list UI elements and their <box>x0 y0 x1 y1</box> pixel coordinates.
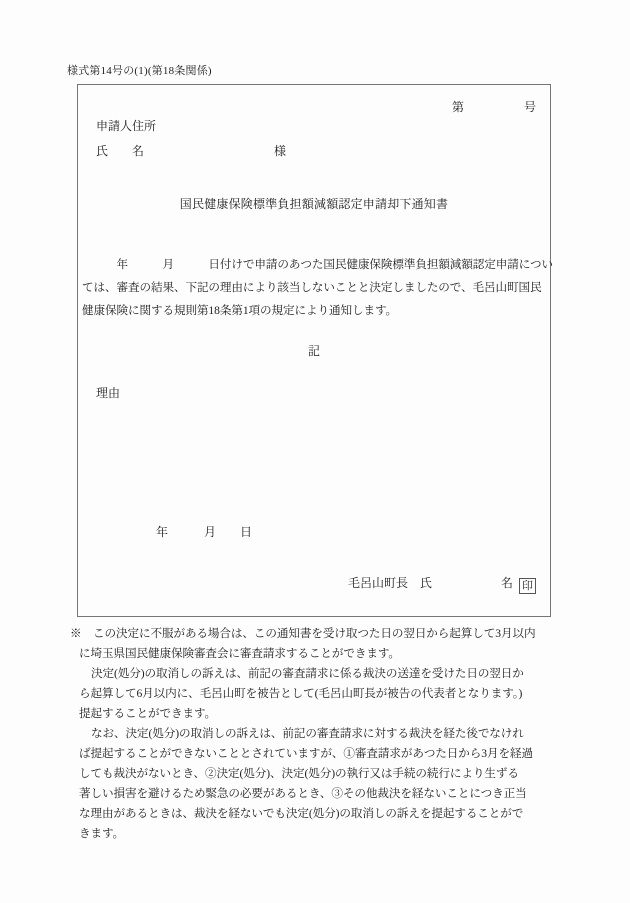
body-line: 年 月 日付けで申請のあつた国民健康保険標準負担額減額認定申請につい <box>82 253 550 276</box>
note-line: なお、決定(処分)の取消しの訴えは、前記の審査請求に対する裁決を経た後でなけれ <box>70 724 556 744</box>
notes-section: ※ この決定に不服がある場合は、この通知書を受け取つた日の翌日から起算して3月以… <box>70 624 556 844</box>
date-line: 年 月 日 <box>156 526 252 538</box>
honorific-label: 様 <box>274 145 286 157</box>
note-line: に埼玉県国民健康保険審査会に審査請求することができます。 <box>70 644 556 664</box>
form-number-label: 様式第14号の(1)(第18条関係) <box>67 66 212 77</box>
seal-stamp: 印 <box>519 578 536 594</box>
applicant-address-label: 申請人住所 <box>96 120 156 132</box>
reason-label: 理由 <box>96 387 120 399</box>
applicant-name-label: 氏 名 <box>96 145 144 157</box>
note-line: ら起算して6月以内に、毛呂山町を被告として(毛呂山町長が被告の代表者となります。… <box>70 684 556 704</box>
body-paragraph: 年 月 日付けで申請のあつた国民健康保険標準負担額減額認定申請につい ては、審査… <box>82 253 550 322</box>
note-line: 決定(処分)の取消しの訴えは、前記の審査請求に係る裁決の送達を受けた日の翌日か <box>70 664 556 684</box>
document-page: 様式第14号の(1)(第18条関係) 第 号 申請人住所 氏 名 様 国民健康保… <box>0 0 630 903</box>
note-line: 提起することができます。 <box>70 704 556 724</box>
mayor-title-and-surname-label: 毛呂山町長 氏 <box>348 576 432 590</box>
note-line: ば提起することができないこととされていますが、①審査請求があつた日から3月を経過 <box>70 744 556 764</box>
body-line: ては、審査の結果、下記の理由により該当しないことと決定しましたので、毛呂山町国民 <box>82 276 550 299</box>
signer-line: 毛呂山町長 氏名印 <box>348 577 536 594</box>
note-line: きます。 <box>70 824 556 844</box>
document-number-line: 第 号 <box>452 101 536 113</box>
note-line: しても裁決がないとき、②決定(処分)、決定(処分)の執行又は手続の続行により生ず… <box>70 764 556 784</box>
notice-box: 第 号 申請人住所 氏 名 様 国民健康保険標準負担額減額認定申請却下通知書 年… <box>77 84 551 617</box>
record-marker: 記 <box>78 345 550 357</box>
body-line: 健康保険に関する規則第18条第1項の規定により通知します。 <box>82 299 550 322</box>
note-line: な理由があるときは、裁決を経ないでも決定(処分)の取消しの訴えを提起することがで <box>70 804 556 824</box>
given-name-label: 名 <box>501 576 513 590</box>
note-line: ※ この決定に不服がある場合は、この通知書を受け取つた日の翌日から起算して3月以… <box>70 624 556 644</box>
note-line: 著しい損害を避けるため緊急の必要があるとき、③その他裁決を経ないことにつき正当 <box>70 784 556 804</box>
document-title: 国民健康保険標準負担額減額認定申請却下通知書 <box>78 198 550 210</box>
